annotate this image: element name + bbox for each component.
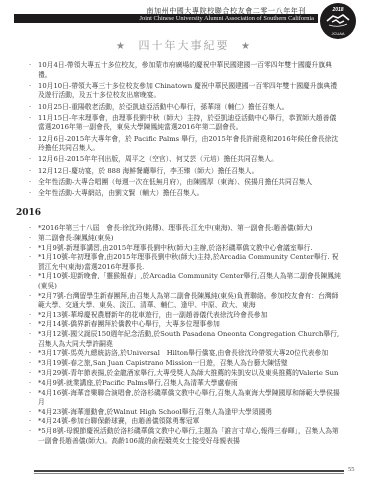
bullet-icon: · [29,114,31,124]
list-item: ·*1月9號-新理事講習,由2015年理事長劉中秋(師大)主辦,於洛杉磯華僑文教… [32,244,342,253]
bullet-icon: · [29,135,31,145]
bullet-icon: · [29,320,31,329]
bullet-icon: · [29,369,31,378]
events-2016-list: ·*2016年第三十八屆 會長:徐沈玲(銘傳)、理事長:江允中(東海)、第一副會… [32,224,342,446]
list-item: ·*1月10號-年初理事會,由2015年理事長劉中秋(師大)主持,於Arcadi… [32,253,342,272]
bullet-icon: · [29,234,31,243]
header-bar: Joint Chinese University Alumni Associat… [14,14,318,23]
logo-subtitle: JCUAA [320,31,356,36]
bullet-icon: · [29,292,31,301]
bullet-icon: · [29,224,31,233]
list-item: ·12月6日-2015年大專年會，於 Pacific Palms 舉行，由201… [32,135,342,154]
bullet-icon: · [29,82,31,92]
bullet-icon: · [29,389,31,398]
list-item: ·全年性活動-大專合唱團（每週一次在低無月府），由陳國厚（東海）、侯揚月擔任共同… [32,178,342,188]
list-item: ·*3月12號-國父誕辰150週年紀念活動,於South Pasadena On… [32,330,342,349]
events-2015-list: ·10月4日-帶領大專五十多位校友，參加蒙市府廣場的慶祝中華民國建國一百零四年雙… [32,61,342,200]
bullet-icon: · [29,103,31,113]
list-item: ·11月15日-年末理事會，由理事長劉中秋（師大）主持，於亞凱迪亞活動中心舉行，… [32,114,342,133]
list-item: ·*4月24號-參加台聯保齡球賽，由趙善儀領隊勇奪冠軍 [32,417,342,426]
bullet-icon: · [29,167,31,177]
bullet-icon: · [29,349,31,358]
list-item: ·*4月23號-海華運動會,於Walnut High School舉行,召集人為… [32,408,342,417]
bullet-icon: · [29,379,31,388]
list-item: ·全年性活動-大專網站，由劉文賢（輔大）擔任召集人。 [32,189,342,199]
page-number: 55 [348,466,355,473]
list-item: ·*3月29號-青年節表揚,於金龍酒家舉行,大專受獎人為師大推薦的朱凱安以及東吳… [32,369,342,378]
bullet-icon: · [29,189,31,199]
bullet-icon: · [29,155,31,165]
bullet-icon: · [29,408,31,417]
year-heading: 2016 [16,208,41,218]
bullet-icon: · [29,311,31,320]
bullet-icon: · [29,244,31,253]
list-item: ·*4月9號-就業講座,於Pacific Palms舉行,召集人為清華大學盧春雨 [32,379,342,388]
list-item: ·第二副會長:陳鳳純(東吳) [32,234,342,243]
list-item: ·*5月8號-母親節慶祝活動於洛杉磯華僑文教中心舉行,主題為「誰言寸草心,報得三… [32,427,342,446]
list-item: ·*1月10號-迎新晚會,「靈猴報春」,於Arcadia Community C… [32,272,342,291]
list-item: ·*4月16號-海華音樂聯合演唱會,於洛杉磯華僑文教中心舉行,召集人為東海大學陳… [32,389,342,408]
list-item: ·*2016年第三十八屆 會長:徐沈玲(銘傳)、理事長:江允中(東海)、第一副會… [32,224,342,233]
list-item: ·12月6日-2015年年刊出版，周平之（空官）、何艾芸（元培）擔任共同召集人。 [32,155,342,165]
list-item: ·*2月14號-僑界新春團拜於僑教中心舉行，大專多位理事參加 [32,320,342,329]
association-logo: 2018 JCUAA [320,3,356,39]
list-item: ·*3月19號-春之旅,San Juan Capistrano Mission一… [32,359,342,368]
bullet-icon: · [29,427,31,436]
bullet-icon: · [29,61,31,71]
footer-rule-thin [34,473,344,474]
list-item: ·10月4日-帶領大專五十多位校友，參加蒙市府廣場的慶祝中華民國建國一百零四年雙… [32,61,342,80]
page-title: ★ 四十年大事紀要 ★ [0,37,368,53]
bullet-icon: · [29,178,31,188]
page-title-text: 四十年大事紀要 [139,39,230,52]
bullet-icon: · [29,330,31,339]
header-english-title: Joint Chinese University Alumni Associat… [140,14,314,23]
bullet-icon: · [29,272,31,281]
bullet-icon: · [29,359,31,368]
star-icon: ★ [116,41,127,52]
list-item: ·12月12日-慶功宴，於 888 海鮮餐廳舉行，李丕臻（師大）擔任召集人。 [32,167,342,177]
bullet-icon: · [29,417,31,426]
list-item: ·*2月13號-華埠慶祝農曆新年的花車遊行，由一副趙善儀代表徐沈玲會長參加 [32,311,342,320]
list-item: ·10月10日-帶領大專三十多位校友參加 Chinatown 慶祝中華民國建國一… [32,82,342,101]
list-item: ·10月25日-重陽敬老活動，於亞凱迪亞活動中心舉行，孫華翊（輔仁）擔任召集人。 [32,103,342,113]
handshake-icon [326,12,350,28]
star-icon: ★ [241,41,252,52]
footer-rule [34,470,344,472]
list-item: ·*3月17號-馬英九總統訪洛,於Universal Hilton舉行僑宴,由會… [32,349,342,358]
bullet-icon: · [29,253,31,262]
list-item: ·*2月7號-台灣留學生新春團拜,由召集人為第二副會長陳鳳純(東吳)負責聯絡。參… [32,292,342,311]
